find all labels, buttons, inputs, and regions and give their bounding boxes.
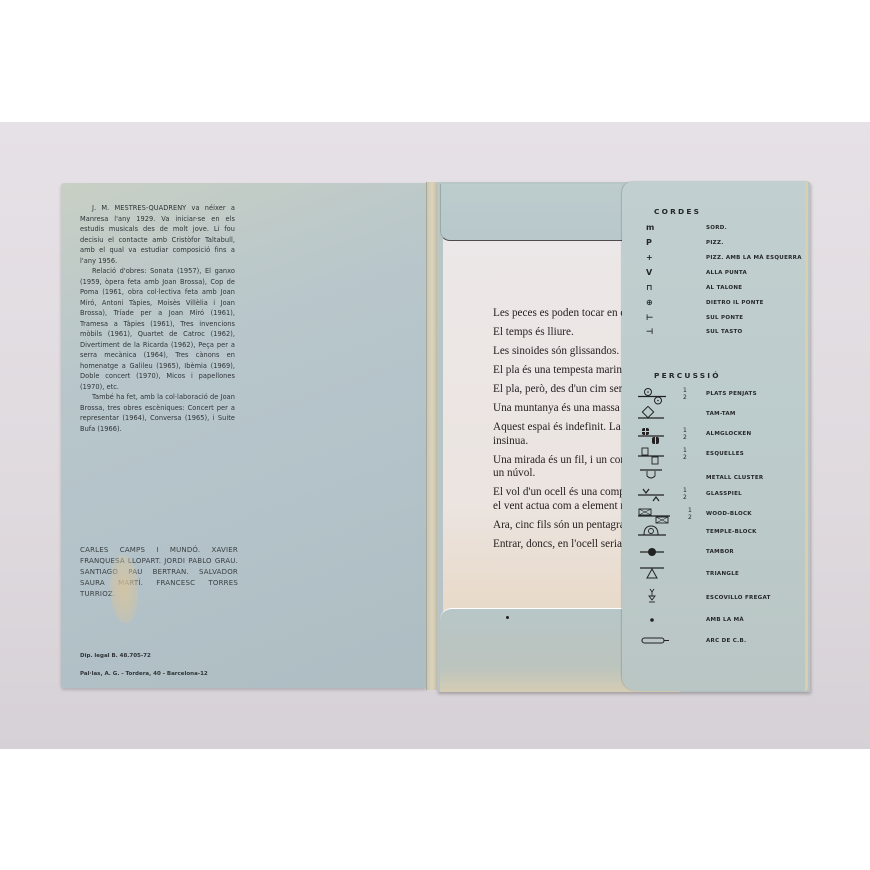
legend-row-amb-la-ma: AMB LA MÀ [622, 615, 808, 629]
text-line: El pla és una tempesta marina. [493, 364, 631, 378]
text-line: Una muntanya és una massa que [493, 402, 631, 416]
suspended-cymbals-icon [636, 387, 676, 405]
hand-dot-icon [636, 614, 676, 626]
printer-imprint: Pal·las, A. G. - Tordera, 40 - Barcelona… [80, 671, 208, 677]
legend-label: PIZZ. AMB LA MÀ ESQUERRA [706, 253, 802, 263]
text-line: el vent actua com a element mu [493, 500, 631, 514]
text-line: Ara, cinc fils són un pentagram [493, 519, 631, 533]
sleigh-bells-icon [636, 447, 676, 465]
sul-tasto-symbol-icon: ⊣ [646, 327, 686, 337]
legend-label: SORD. [706, 223, 727, 233]
v-symbol-icon: V [646, 268, 686, 278]
legend-row-esquelles: 1 2 ESQUELLES [622, 449, 808, 463]
fraction-denominator: 2 [683, 495, 687, 501]
top-pocket-flap [440, 184, 622, 241]
fraction-denominator: 2 [683, 455, 687, 461]
text-line: Una mirada és un fil, i un conju [493, 454, 631, 468]
legend-row-arc-cb: ARC DE C.B. [622, 636, 808, 650]
mute-symbol-icon: m [646, 223, 686, 233]
tam-tam-icon [636, 406, 676, 422]
text-line: El pla, però, des d'un cim semb [493, 383, 631, 397]
legend-row-triangle: TRIANGLE [622, 569, 808, 583]
downbow-symbol-icon: ⊓ [646, 283, 686, 293]
drum-icon [636, 544, 676, 560]
cordes-heading: CORDES [654, 207, 701, 216]
triangle-icon [636, 566, 676, 582]
legend-label: PIZZ. [706, 238, 724, 248]
text-line: insinua. [493, 435, 631, 449]
legend-label: AL TALONE [706, 283, 742, 293]
legend-row-sul-tasto: ⊣ SUL TASTO [622, 327, 808, 341]
performers-credits: CARLES CAMPS I MUNDÓ. XAVIER FRANQUESA L… [80, 545, 238, 600]
legend-label: ARC DE C.B. [706, 636, 746, 646]
legend-row-tambor: TAMBOR [622, 547, 808, 561]
legend-row-dietro-ponte: ⊕ DIETRO IL PONTE [622, 298, 808, 312]
legend-label: TAM-TAM [706, 409, 736, 419]
bio-paragraph-1: J. M. MESTRES-QUADRENY va néixer a Manre… [80, 203, 235, 266]
legend-label: ALMGLOCKEN [706, 429, 751, 439]
double-bass-bow-icon [636, 635, 686, 647]
legend-row-al-talone: ⊓ AL TALONE [622, 283, 808, 297]
brush-icon [636, 588, 676, 606]
text-line: El temps és lliure. [493, 326, 631, 340]
text-line: un núvol. [493, 467, 631, 481]
bio-paragraph-2: Relació d'obres: Sonata (1957), El ganxo… [80, 266, 235, 392]
plus-symbol-icon: + [646, 253, 686, 263]
paper-stain [110, 555, 138, 623]
legend-label: TEMPLE-BLOCK [706, 527, 757, 537]
legend-row-almglocken: 1 2 ALMGLOCKEN [622, 429, 808, 443]
notation-reference-card[interactable]: CORDES m SORD. P PIZZ. + PIZZ. AMB LA MÀ… [622, 181, 808, 691]
legend-label: SUL TASTO [706, 327, 743, 337]
temple-block-icon [636, 523, 676, 539]
legal-deposit: Dip. legal B. 48.705-72 [80, 653, 151, 659]
legend-row-left-hand-pizz: + PIZZ. AMB LA MÀ ESQUERRA [622, 253, 808, 267]
bio-paragraph-3: També ha fet, amb la col·laboració de Jo… [80, 392, 235, 434]
legend-label: ALLA PUNTA [706, 268, 747, 278]
legend-row-sul-ponte: ⊢ SUL PONTE [622, 313, 808, 327]
glockenspiel-icon [636, 487, 676, 505]
legend-label: AMB LA MÀ [706, 615, 744, 625]
fraction-denominator: 2 [683, 395, 687, 401]
ink-dot [506, 616, 509, 619]
legend-label: PLATS PENJATS [706, 389, 757, 399]
legend-label: TRIANGLE [706, 569, 739, 579]
legend-row-tam-tam: TAM-TAM [622, 409, 808, 423]
sul-ponte-symbol-icon: ⊢ [646, 313, 686, 323]
percussio-heading: PERCUSSIÓ [654, 371, 721, 380]
legend-row-escovillo: ESCOVILLO FREGAT [622, 593, 808, 607]
legend-row-plats-penjats: 1 2 PLATS PENJATS [622, 389, 808, 403]
legend-row-alla-punta: V ALLA PUNTA [622, 268, 808, 282]
text-line: Les peces es poden tocar en qu [493, 307, 631, 321]
legend-label: TAMBOR [706, 547, 734, 557]
legend-row-sord: m SORD. [622, 223, 808, 237]
text-line: El vol d'un ocell és una compos [493, 486, 631, 500]
text-line: Aquest espai és indefinit. La li [493, 421, 631, 435]
legend-label: METALL CLUSTER [706, 473, 763, 483]
metal-cluster-icon [636, 467, 676, 483]
circled-cross-symbol-icon: ⊕ [646, 298, 686, 308]
composer-biography: J. M. MESTRES-QUADRENY va néixer a Manre… [80, 203, 235, 434]
legend-row-pizz: P PIZZ. [622, 238, 808, 252]
text-line: Les sinoides són glissandos. [493, 345, 631, 359]
score-instructions-text: Les peces es poden tocar en qu El temps … [493, 307, 631, 557]
text-line: Entrar, doncs, en l'ocell seria e [493, 538, 631, 552]
legend-label: WOOD-BLOCK [706, 509, 752, 519]
almglocken-icon [636, 427, 676, 445]
legend-row-glasspiel: 1 2 GLASSPIEL [622, 489, 808, 503]
fraction-denominator: 2 [688, 515, 692, 521]
fraction-denominator: 2 [683, 435, 687, 441]
legend-row-wood-block: 1 2 WOOD-BLOCK [622, 509, 808, 523]
legend-label: GLASSPIEL [706, 489, 742, 499]
legend-label: ESCOVILLO FREGAT [706, 593, 771, 603]
legend-label: ESQUELLES [706, 449, 744, 459]
legend-label: DIETRO IL PONTE [706, 298, 764, 308]
pizz-symbol-icon: P [646, 238, 686, 248]
legend-row-metall-cluster: METALL CLUSTER [622, 473, 808, 487]
legend-label: SUL PONTE [706, 313, 743, 323]
legend-row-temple-block: TEMPLE-BLOCK [622, 527, 808, 541]
